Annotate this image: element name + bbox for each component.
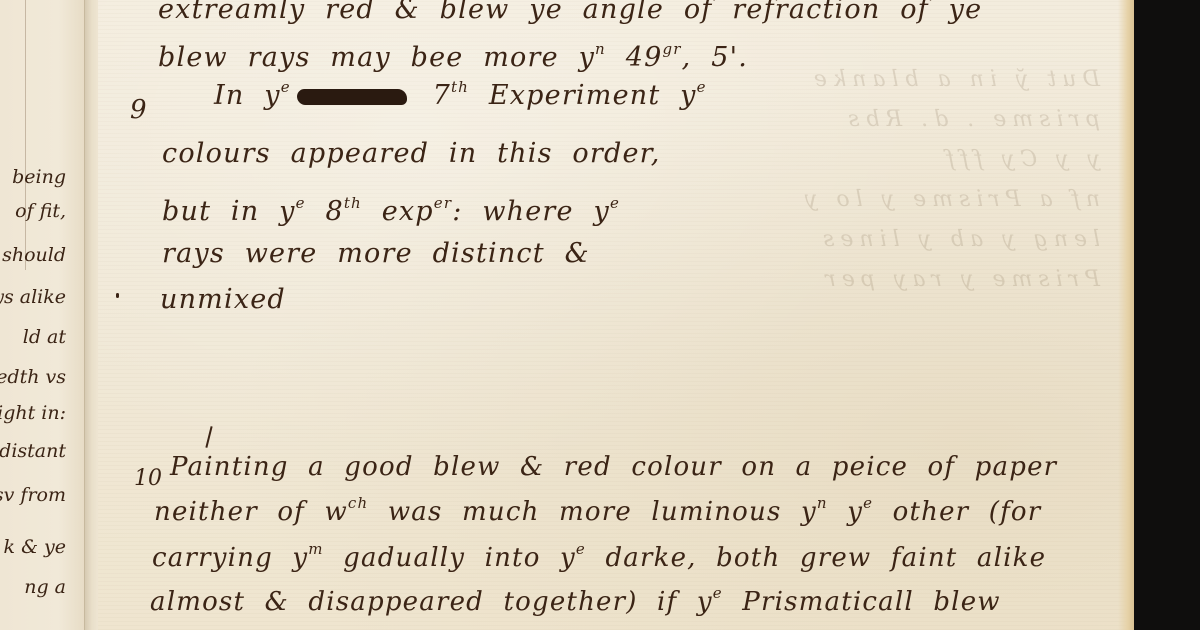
superscript: e: [697, 78, 707, 96]
superscript: n: [817, 494, 828, 512]
manuscript-line-1: extreamly red & blew ye angle of refract…: [158, 0, 982, 25]
margin-line: rsv from: [0, 484, 66, 506]
text-run: 8: [306, 196, 344, 227]
superscript: e: [863, 494, 873, 512]
superscript: ch: [348, 494, 368, 512]
margin-line: ight in:: [0, 402, 66, 424]
left-facing-page: being of fit, s should ys alike ld at ed…: [0, 0, 84, 630]
margin-rule: [25, 0, 26, 270]
text-run: other (for: [873, 497, 1041, 527]
manuscript-viewer: being of fit, s should ys alike ld at ed…: [0, 0, 1200, 630]
text-run: Experiment y: [469, 80, 697, 111]
text-run: In y: [214, 80, 281, 111]
superscript: th: [344, 194, 362, 212]
superscript: e: [713, 584, 723, 602]
margin-line: k & ye: [4, 536, 66, 558]
superscript: er: [434, 194, 452, 212]
text-run: exp: [362, 196, 434, 227]
manuscript-line-10: carrying ym gadually into ye darke, both…: [152, 540, 1046, 573]
margin-line: ing distant: [0, 440, 66, 462]
superscript: e: [576, 540, 586, 558]
margin-line: s should: [0, 244, 66, 266]
text-run: was much more luminous y: [368, 497, 816, 527]
text-run: gadually into y: [324, 543, 576, 573]
text-run: neither of w: [154, 497, 348, 527]
text-run: 49: [606, 42, 663, 73]
superscript: e: [610, 194, 620, 212]
ink-mark: [116, 293, 119, 298]
manuscript-line-2: blew rays may bee more yn 49gr, 5'.: [158, 40, 748, 73]
margin-line: ys alike: [0, 286, 66, 308]
manuscript-line-4: colours appeared in this order,: [162, 138, 661, 169]
text-run: but in y: [162, 196, 296, 227]
margin-line: edth vs: [0, 366, 66, 388]
superscript: th: [451, 78, 469, 96]
text-run: 7: [413, 80, 451, 111]
manuscript-line-7: unmixed: [160, 284, 286, 315]
text-run: darke, both grew faint alike: [586, 543, 1046, 573]
manuscript-line-9: neither of wch was much more luminous yn…: [154, 494, 1041, 527]
text-run: , 5'.: [682, 42, 748, 73]
text-run: y: [828, 497, 863, 527]
margin-line: ld at: [23, 326, 66, 348]
manuscript-line-5: but in ye 8th exper: where ye: [162, 194, 620, 227]
superscript: e: [296, 194, 306, 212]
manuscript-line-8: Painting a good blew & red colour on a p…: [170, 452, 1057, 482]
text-run: : where y: [452, 196, 610, 227]
text-run: almost & disappeared together) if y: [150, 587, 713, 617]
margin-line: of fit,: [15, 200, 66, 222]
dark-backdrop: [1134, 0, 1200, 630]
text-run: blew rays may bee more y: [158, 42, 595, 73]
page-edge: [1118, 0, 1134, 630]
text-run: Prismaticall blew: [723, 587, 1001, 617]
manuscript-line-3: In ye 7th Experiment ye: [214, 78, 707, 111]
margin-line: being: [12, 166, 66, 188]
text-run: carrying y: [152, 543, 308, 573]
entry-number-10: 10: [134, 466, 162, 491]
superscript: m: [308, 540, 323, 558]
superscript: e: [281, 78, 291, 96]
entry-number-9: 9: [130, 95, 147, 125]
book-gutter: [84, 0, 99, 630]
superscript: n: [595, 40, 606, 58]
manuscript-line-11: almost & disappeared together) if ye Pri…: [150, 584, 1001, 617]
manuscript-line-6: rays were more distinct &: [162, 238, 590, 269]
margin-line: ng a: [24, 576, 66, 598]
struck-through-word: [297, 89, 407, 105]
superscript: gr: [662, 40, 681, 58]
